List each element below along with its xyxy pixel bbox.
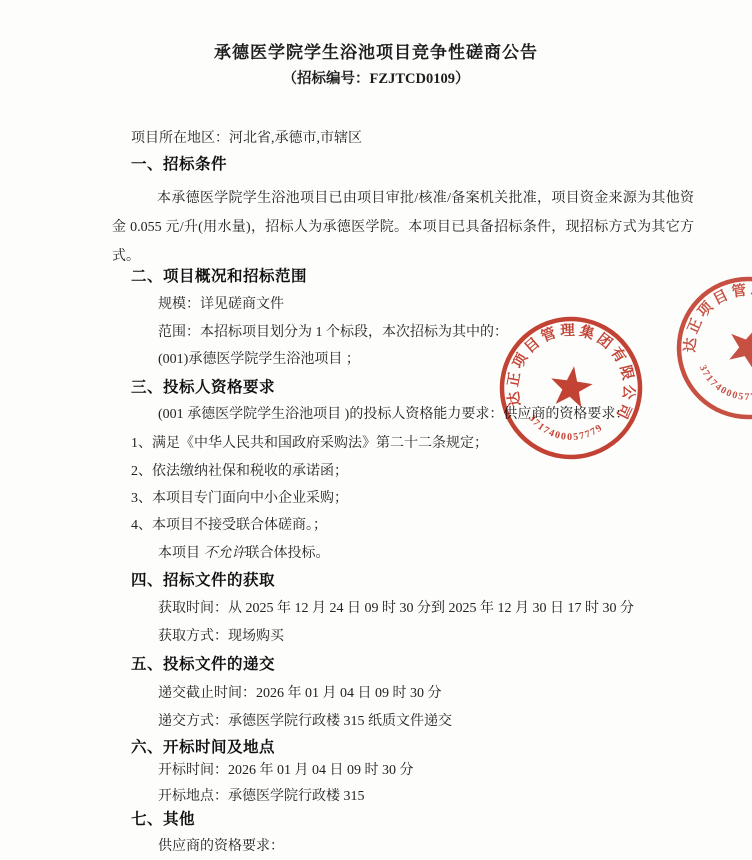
joint-bid-line: 本项目 不允许联合体投标。: [158, 546, 330, 562]
section-3-heading: 三、投标人资格要求: [131, 379, 275, 396]
stamp-company-text: 达正项目管理集团有限公司: [676, 261, 752, 400]
supplier-requirement-line: 供应商的资格要求：: [158, 839, 284, 855]
submission-deadline-line: 递交截止时间：2026 年 01 月 04 日 09 时 30 分: [158, 686, 442, 702]
scanned-tender-announcement-page: 承德医学院学生浴池项目竞争性磋商公告 （招标编号：FZJTCD0109） 项目所…: [0, 0, 752, 860]
seal-stamp-primary: 达正项目管理集团有限公司 3717400057779: [481, 298, 661, 478]
submission-method-line: 递交方式：承德医学院行政楼 315 纸质文件递交: [158, 714, 452, 730]
lot-001-line: (001)承德医学院学生浴池项目 ；: [158, 352, 360, 368]
opening-place-line: 开标地点：承德医学院行政楼 315: [158, 789, 365, 805]
stamp-star-icon: [548, 363, 595, 408]
qualification-item-4: 4、本项目不接受联合体磋商。；: [131, 518, 327, 534]
section-2-heading: 二、项目概况和招标范围: [131, 268, 307, 285]
joint-bid-not-allowed: 不允许: [204, 546, 246, 561]
stamp-code-text: 3717400057779: [690, 361, 752, 414]
section-1-paragraph: 本承德医学院学生浴池项目已由项目审批/核准/备案机关批准，项目资金来源为其他资金…: [112, 184, 694, 271]
obtain-method-line: 获取方式：现场购买: [158, 629, 284, 645]
tender-number: （招标编号：FZJTCD0109）: [0, 67, 752, 88]
document-title: 承德医学院学生浴池项目竞争性磋商公告: [0, 38, 752, 63]
section-7-heading: 七、其他: [131, 811, 195, 828]
qualification-intro-line: (001 承德医学院学生浴池项目 )的投标人资格能力要求：供应商的资格要求：: [158, 407, 629, 423]
project-location-line: 项目所在地区：河北省,承德市,市辖区: [131, 131, 362, 147]
project-scale-line: 规模：详见磋商文件: [158, 297, 284, 313]
stamp-ring: [493, 310, 649, 466]
stamp-ring: [658, 258, 752, 438]
section-5-heading: 五、投标文件的递交: [131, 656, 275, 673]
obtain-time-line: 获取时间：从 2025 年 12 月 24 日 09 时 30 分到 2025 …: [158, 601, 634, 617]
section-4-heading: 四、招标文件的获取: [131, 572, 275, 589]
qualification-item-1: 1、满足《中华人民共和国政府采购法》第二十二条规定；: [131, 436, 488, 452]
stamp-star-icon: [722, 320, 752, 373]
joint-bid-prefix: 本项目: [158, 546, 204, 561]
joint-bid-suffix: 联合体投标。: [246, 546, 330, 561]
opening-time-line: 开标时间：2026 年 01 月 04 日 09 时 30 分: [158, 763, 414, 779]
qualification-item-2: 2、依法缴纳社保和税收的承诺函；: [131, 464, 348, 480]
seal-stamp-edge: 达正项目管理集团有限公司 3717400057779: [658, 258, 752, 438]
section-1-heading: 一、招标条件: [131, 156, 227, 173]
svg-text:达正项目管理集团有限公司: 达正项目管理集团有限公司: [676, 261, 752, 400]
qualification-item-3: 3、本项目专门面向中小企业采购；: [131, 491, 348, 507]
tender-scope-line: 范围：本招标项目划分为 1 个标段，本次招标为其中的：: [158, 325, 508, 341]
section-6-heading: 六、开标时间及地点: [131, 739, 275, 756]
svg-text:3717400057779: 3717400057779: [690, 361, 752, 414]
